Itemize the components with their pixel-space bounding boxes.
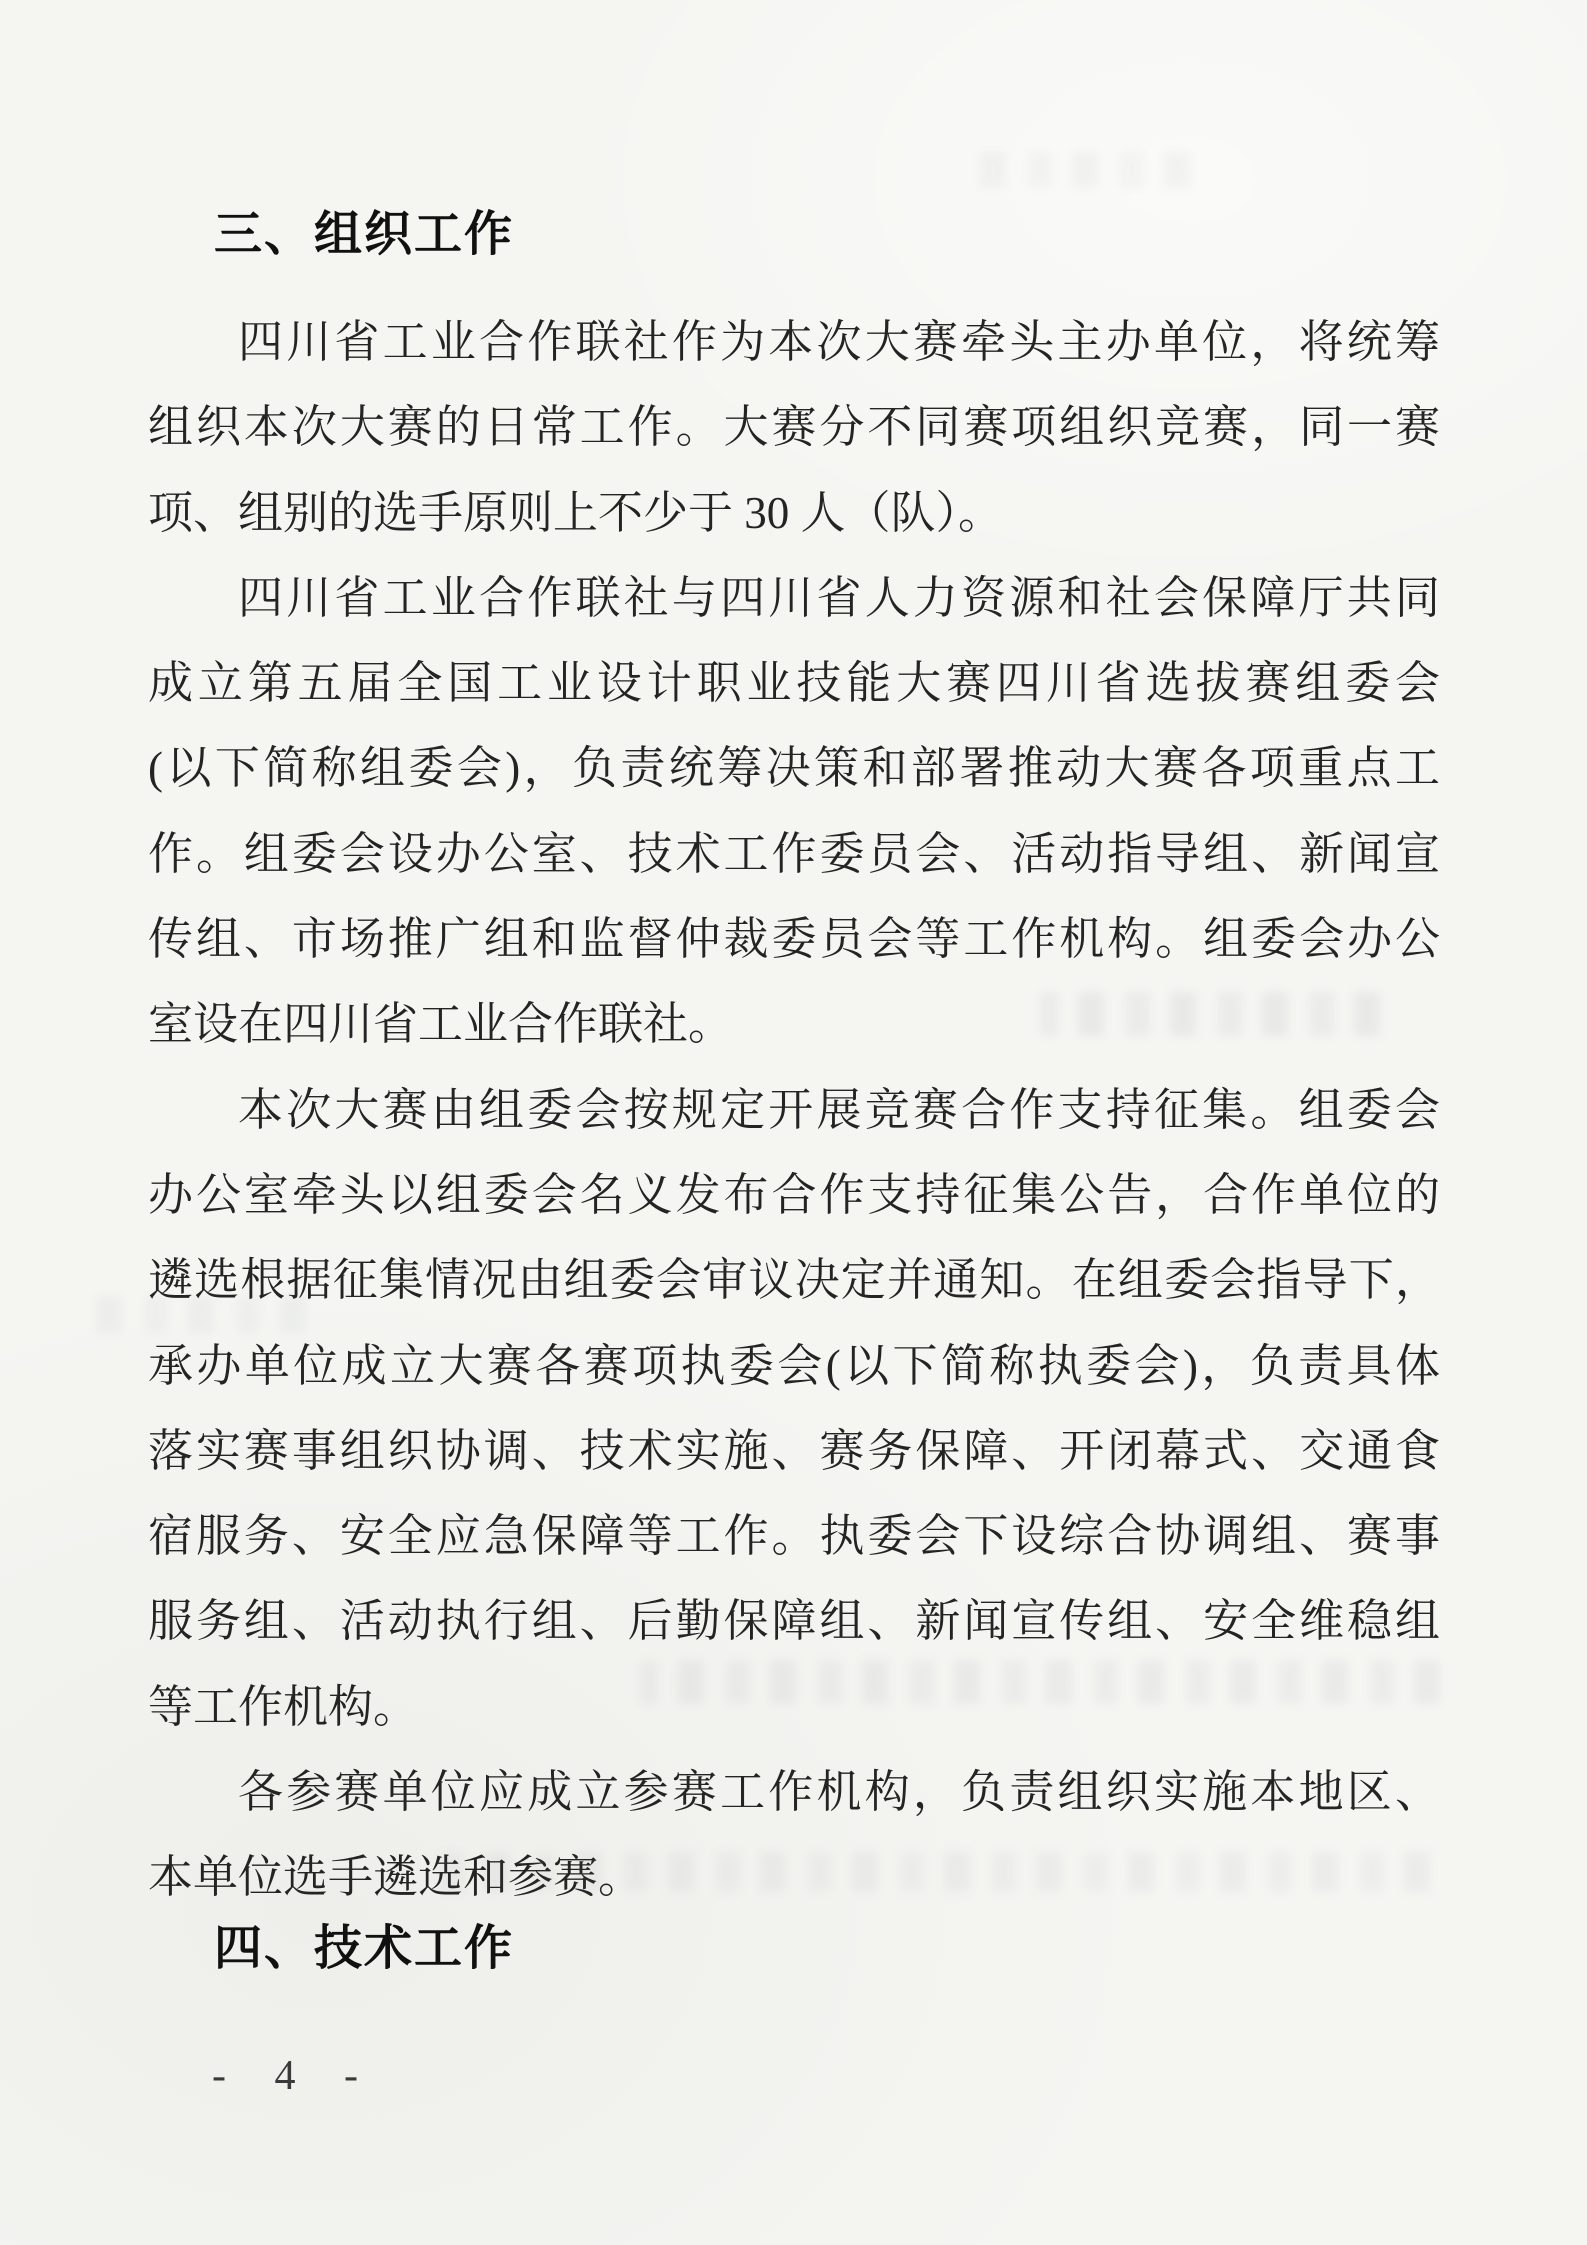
text-line: 遴选根据征集情况由组委会审议决定并通知。在组委会指导下， xyxy=(148,1238,1440,1323)
text-line: 组织本次大赛的日常工作。大赛分不同赛项组织竞赛，同一赛 xyxy=(148,385,1440,470)
body-text: 四川省工业合作联社作为本次大赛牵头主办单位，将统筹 组织本次大赛的日常工作。大赛… xyxy=(148,300,1440,1921)
section-heading-technical-work: 四、技术工作 xyxy=(214,1920,514,1978)
text-line: 各参赛单位应成立参赛工作机构，负责组织实施本地区、 xyxy=(148,1750,1440,1835)
scanned-document-page: 三、组织工作 四川省工业合作联社作为本次大赛牵头主办单位，将统筹 组织本次大赛的… xyxy=(0,0,1587,2245)
text-line: 办公室牵头以组委会名义发布合作支持征集公告，合作单位的 xyxy=(148,1153,1440,1238)
text-line: 等工作机构。 xyxy=(148,1665,1440,1750)
text-line: 承办单位成立大赛各赛项执委会(以下简称执委会)，负责具体 xyxy=(148,1324,1440,1409)
text-line: 室设在四川省工业合作联社。 xyxy=(148,982,1440,1067)
text-line: 本次大赛由组委会按规定开展竞赛合作支持征集。组委会 xyxy=(148,1068,1440,1153)
text-line: 成立第五届全国工业设计职业技能大赛四川省选拔赛组委会 xyxy=(148,641,1440,726)
text-line: 宿服务、安全应急保障等工作。执委会下设综合协调组、赛事 xyxy=(148,1494,1440,1579)
text-line: 项、组别的选手原则上不少于 30 人（队）。 xyxy=(148,471,1440,556)
text-line: 四川省工业合作联社作为本次大赛牵头主办单位，将统筹 xyxy=(148,300,1440,385)
text-line: 落实赛事组织协调、技术实施、赛务保障、开闭幕式、交通食 xyxy=(148,1409,1440,1494)
text-line: 传组、市场推广组和监督仲裁委员会等工作机构。组委会办公 xyxy=(148,897,1440,982)
bleedthrough-smudge xyxy=(960,152,1190,188)
text-line: 服务组、活动执行组、后勤保障组、新闻宣传组、安全维稳组 xyxy=(148,1579,1440,1664)
text-line: 本单位选手遴选和参赛。 xyxy=(148,1835,1440,1920)
text-line: 作。组委会设办公室、技术工作委员会、活动指导组、新闻宣 xyxy=(148,812,1440,897)
section-heading-organization-work: 三、组织工作 xyxy=(214,206,514,264)
page-number: - 4 - xyxy=(212,2052,364,2100)
text-line: 四川省工业合作联社与四川省人力资源和社会保障厅共同 xyxy=(148,556,1440,641)
text-line: (以下简称组委会)，负责统筹决策和部署推动大赛各项重点工 xyxy=(148,726,1440,811)
